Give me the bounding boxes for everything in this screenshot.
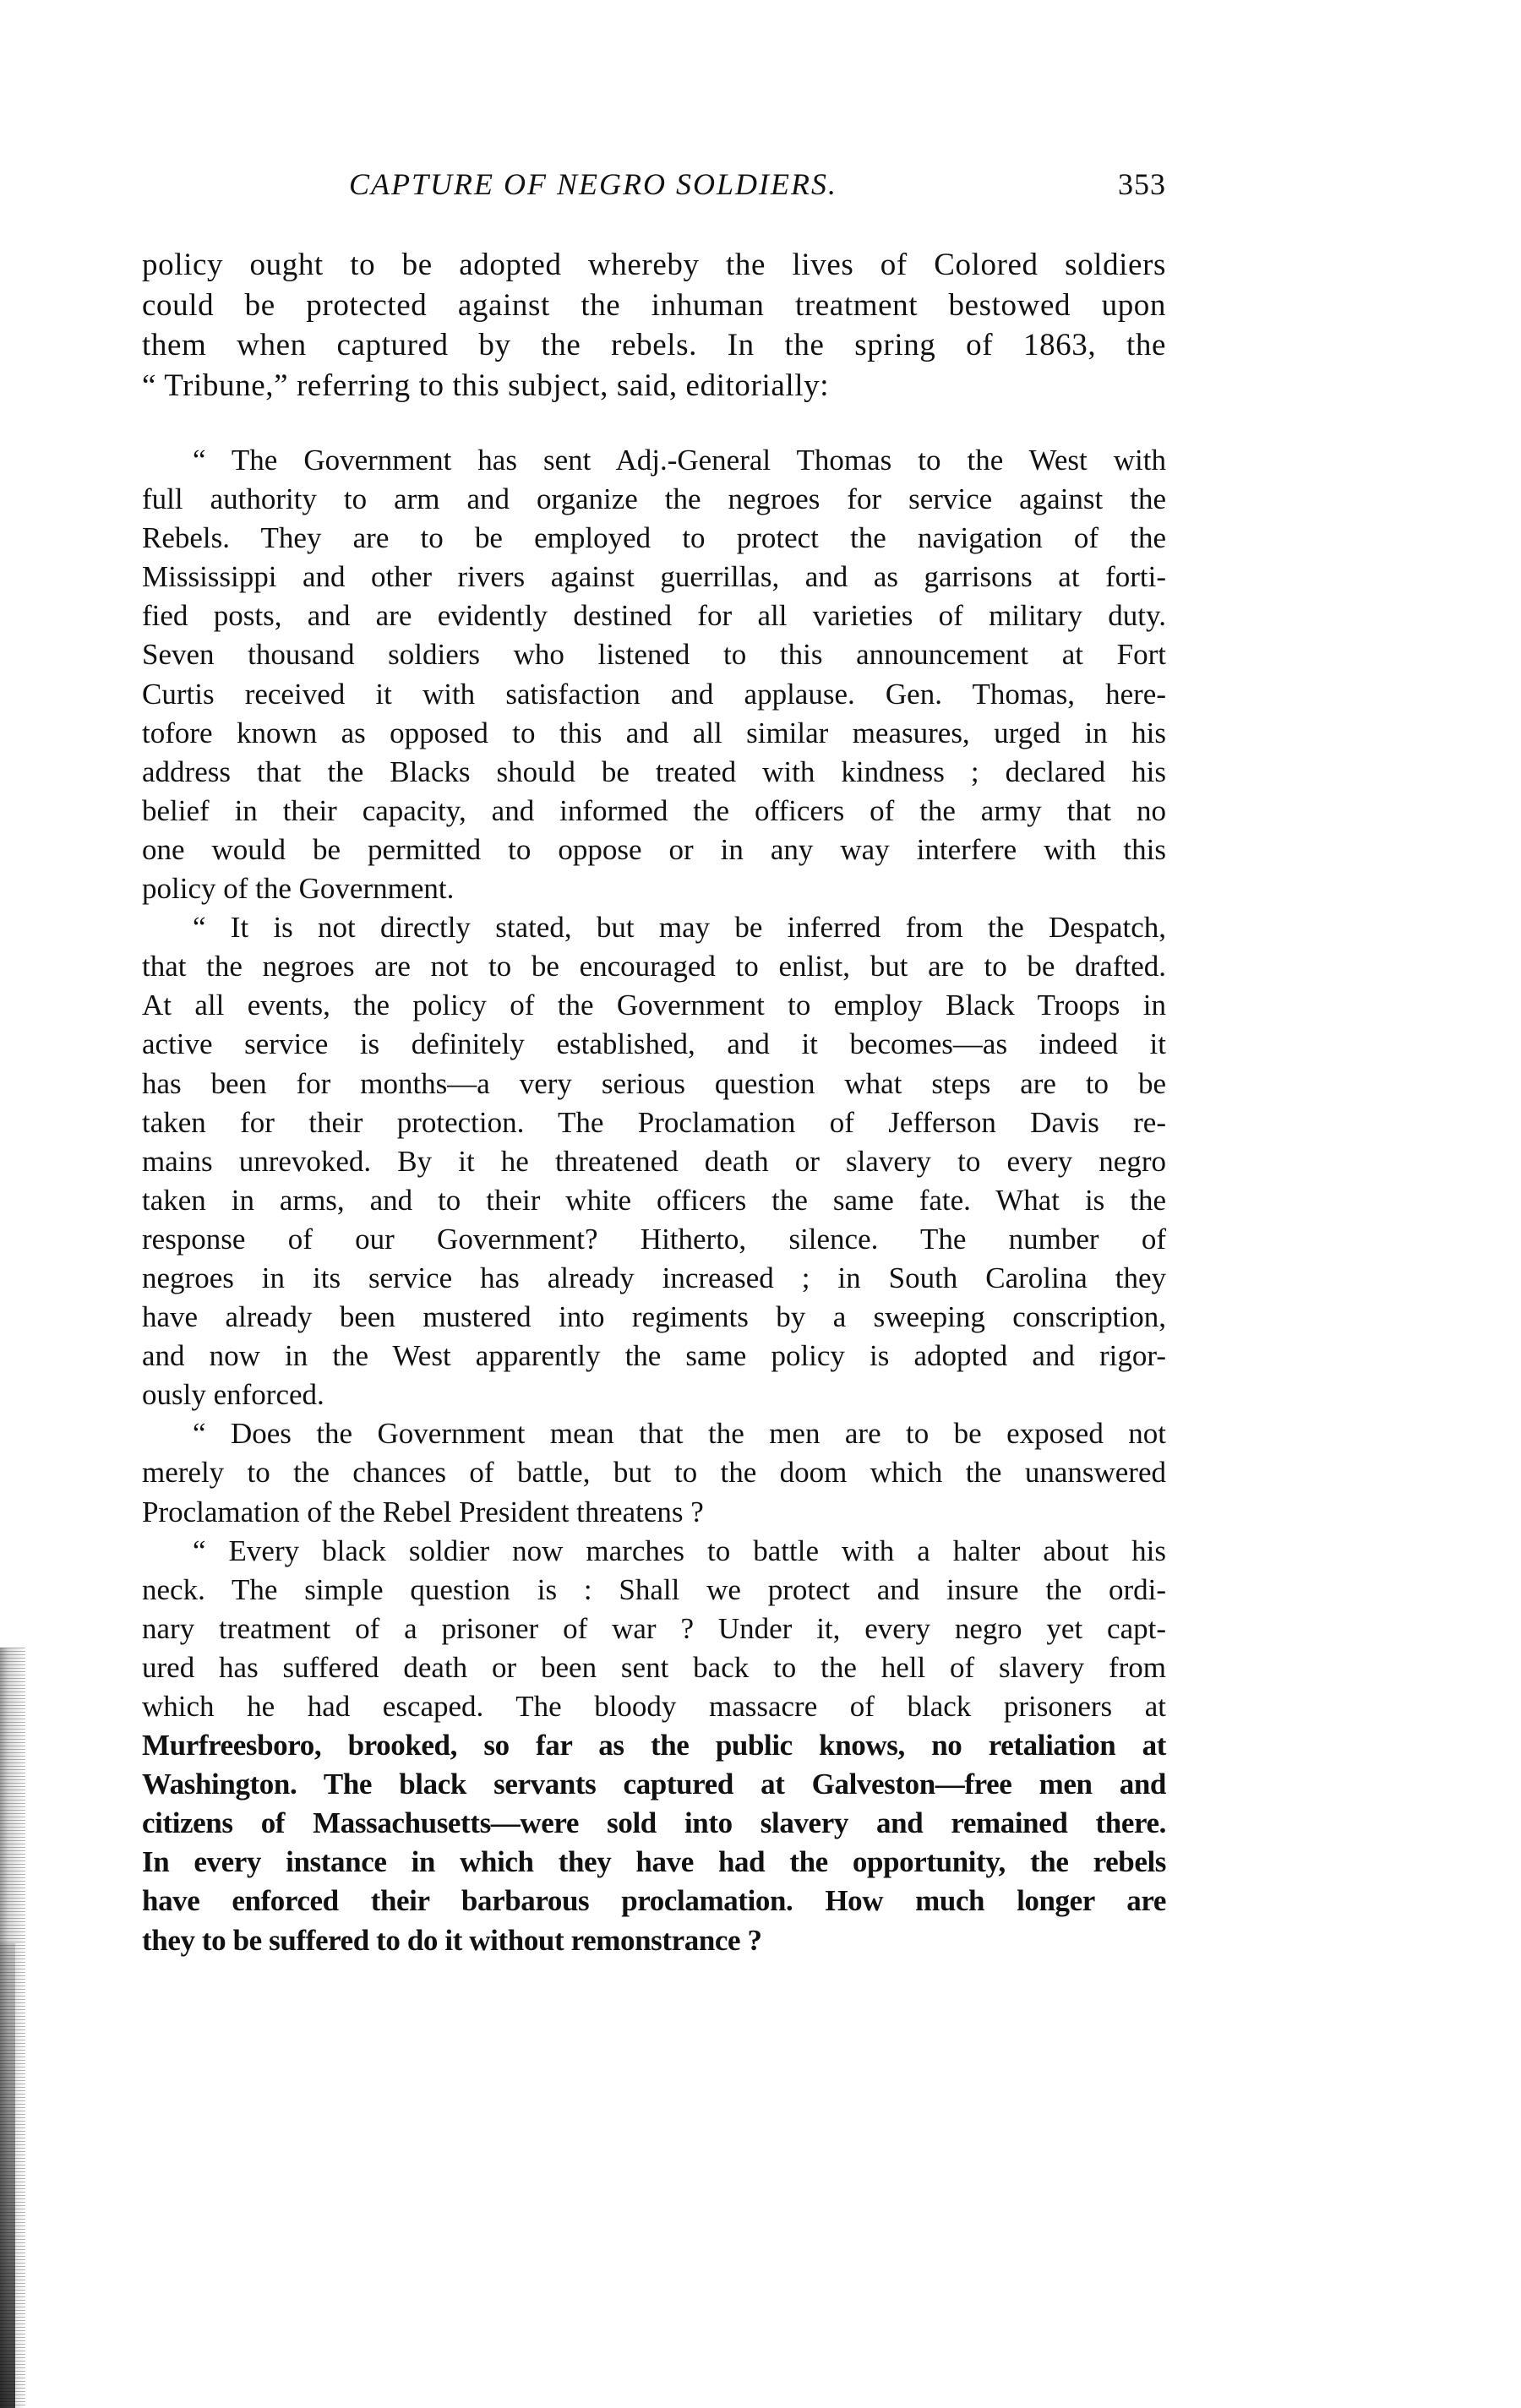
text-line: nary treatment of a prisoner of war ? Un… [142, 1610, 1166, 1648]
text-line: have already been mustered into regiment… [142, 1298, 1166, 1337]
paragraph-end-line: ously enforced. [142, 1376, 1166, 1414]
text-line: negroes in its service has already incre… [142, 1259, 1166, 1298]
text-line: mains unrevoked. By it he threatened dea… [142, 1142, 1166, 1181]
text-line: fied posts, and are evidently destined f… [142, 597, 1166, 635]
text-line: which he had escaped. The bloody massacr… [142, 1687, 1166, 1726]
text-line: taken for their protection. The Proclama… [142, 1103, 1166, 1142]
text-line: and now in the West apparently the same … [142, 1337, 1166, 1376]
tribune-quotation: “ The Government has sent Adj.-General T… [142, 441, 1166, 1960]
text-line: active service is definitely established… [142, 1025, 1166, 1064]
text-line: could be protected against the inhuman t… [142, 286, 1166, 326]
text-line: taken in arms, and to their white office… [142, 1181, 1166, 1220]
text-line: Murfreesboro, brooked, so far as the pub… [142, 1726, 1166, 1765]
paragraph-start-line: “ It is not directly stated, but may be … [142, 908, 1166, 947]
paragraph-start-line: “ Every black soldier now marches to bat… [142, 1532, 1166, 1571]
text-line: policy ought to be adopted whereby the l… [142, 245, 1166, 286]
text-line: full authority to arm and organize the n… [142, 480, 1166, 519]
running-header: CAPTURE OF NEGRO SOLDIERS. 353 [142, 166, 1166, 203]
text-line: Washington. The black servants captured … [142, 1765, 1166, 1804]
scan-edge-shadow [0, 1943, 15, 2408]
text-line: At all events, the policy of the Governm… [142, 986, 1166, 1025]
page-number: 353 [1118, 166, 1166, 203]
paragraph-end-line: they to be suffered to do it without rem… [142, 1921, 1166, 1960]
text-line: them when captured by the rebels. In the… [142, 325, 1166, 366]
text-line: that the negroes are not to be encourage… [142, 947, 1166, 986]
text-line: response of our Government? Hitherto, si… [142, 1220, 1166, 1259]
text-line: citizens of Massachusetts—were sold into… [142, 1804, 1166, 1843]
text-line: In every instance in which they have had… [142, 1843, 1166, 1882]
text-line: Rebels. They are to be employed to prote… [142, 519, 1166, 558]
text-line: address that the Blacks should be treate… [142, 753, 1166, 792]
paragraph-start-line: “ The Government has sent Adj.-General T… [142, 441, 1166, 480]
text-line: belief in their capacity, and informed t… [142, 792, 1166, 831]
text-line: has been for months—a very serious quest… [142, 1065, 1166, 1103]
text-line: ured has suffered death or been sent bac… [142, 1648, 1166, 1687]
text-line: “ Tribune,” referring to this subject, s… [142, 366, 1166, 406]
text-line: neck. The simple question is : Shall we … [142, 1571, 1166, 1610]
intro-paragraph: policy ought to be adopted whereby the l… [142, 245, 1166, 406]
text-line: Mississippi and other rivers against gue… [142, 558, 1166, 597]
paragraph-start-line: “ Does the Government mean that the men … [142, 1414, 1166, 1453]
paragraph-end-line: policy of the Government. [142, 869, 1166, 908]
book-page: CAPTURE OF NEGRO SOLDIERS. 353 policy ou… [0, 0, 1521, 2408]
paragraph-end-line: Proclamation of the Rebel President thre… [142, 1493, 1166, 1532]
text-line: have enforced their barbarous proclamati… [142, 1882, 1166, 1920]
text-line: tofore known as opposed to this and all … [142, 714, 1166, 753]
text-line: Seven thousand soldiers who listened to … [142, 635, 1166, 674]
running-title: CAPTURE OF NEGRO SOLDIERS. [349, 166, 837, 203]
text-line: one would be permitted to oppose or in a… [142, 831, 1166, 869]
text-line: merely to the chances of battle, but to … [142, 1453, 1166, 1492]
text-line: Curtis received it with satisfaction and… [142, 675, 1166, 714]
